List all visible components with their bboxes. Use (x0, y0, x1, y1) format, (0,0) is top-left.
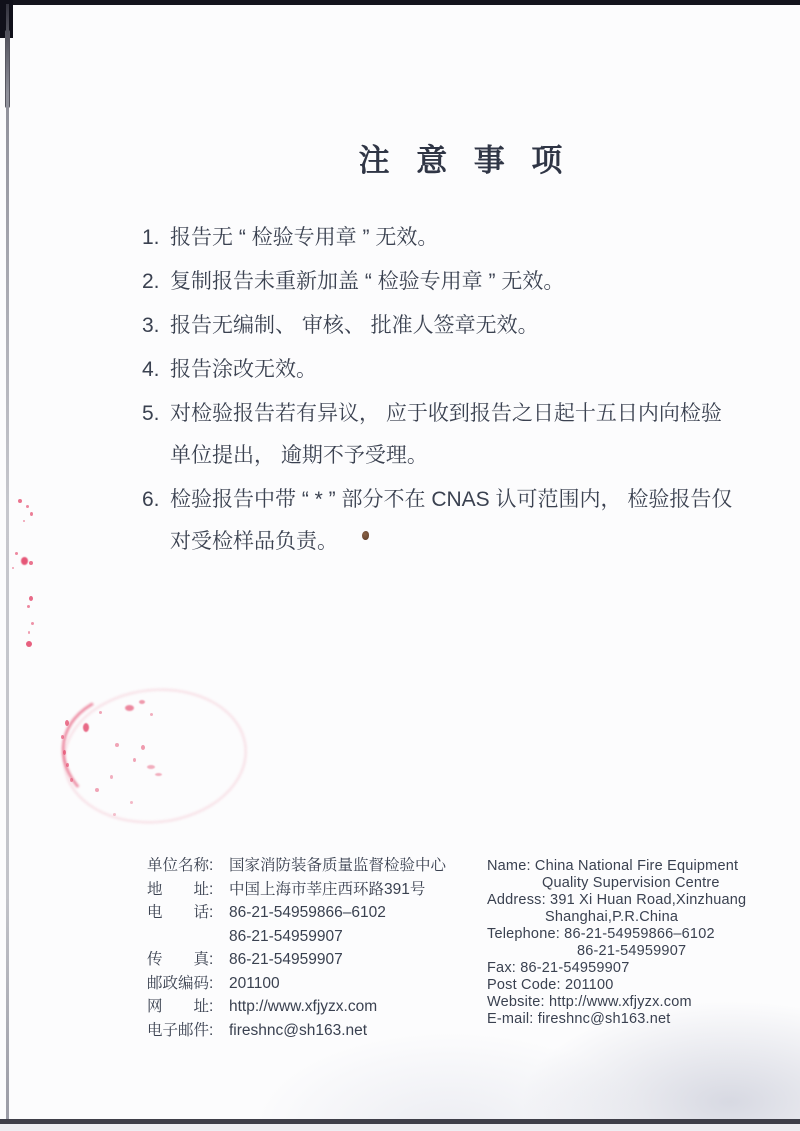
note-item: 3. 报告无编制、 审核、 批准人签章无效。 (142, 305, 762, 347)
note-number: 5. (142, 393, 160, 435)
contact-line-en: Telephone: 86-21-54959866–6102 (487, 926, 797, 943)
note-item: 1. 报告无 “ 检验专用章 ” 无效。 (142, 217, 762, 259)
contact-line-en: Post Code: 201100 (487, 977, 797, 994)
stamp-speckle (110, 775, 113, 779)
contact-line-en: Address: 391 Xi Huan Road,Xinzhuang (487, 892, 797, 909)
stamp-speckle (141, 745, 145, 750)
stamp-speckle (18, 499, 22, 503)
contact-line-en: Website: http://www.xfjyzx.com (487, 994, 797, 1011)
note-text: 报告无编制、 审核、 批准人签章无效。 (170, 314, 539, 337)
contact-row: 86-21-54959907 (147, 925, 477, 949)
stamp-speckle (65, 720, 69, 726)
note-text: 对检验报告若有异议， 应于收到报告之日起十五日内向检验 (170, 402, 722, 425)
stamp-arc (51, 676, 253, 838)
contact-label: 地 址: (147, 878, 229, 902)
stamp-speckle (26, 505, 29, 508)
contact-line-en: Fax: 86-21-54959907 (487, 960, 797, 977)
stamp-speckle (63, 750, 66, 755)
contact-row: 电 话: 86-21-54959866–6102 (147, 901, 477, 925)
contact-value: 86-21-54959907 (229, 948, 343, 972)
contact-row: 网 址: http://www.xfjyzx.com (147, 995, 477, 1019)
contact-line-en: 86-21-54959907 (487, 943, 797, 960)
page-title: 注 意 事 项 (65, 135, 800, 180)
contact-label: 电子邮件: (147, 1019, 229, 1043)
contact-info-english: Name: China National Fire Equipment Qual… (487, 858, 797, 1028)
scan-edge-left (6, 4, 9, 1120)
contact-line-en: Name: China National Fire Equipment (487, 858, 797, 875)
stamp-speckle (115, 743, 119, 747)
stamp-speckle (139, 700, 145, 704)
contact-info-chinese: 单位名称: 国家消防装备质量监督检验中心 地 址: 中国上海市莘庄西环路391号… (147, 854, 477, 1042)
stamp-speckle (27, 605, 30, 608)
contact-label: 电 话: (147, 901, 229, 925)
scan-edge-top (0, 0, 800, 5)
document-sheet: 注 意 事 项 1. 报告无 “ 检验专用章 ” 无效。 2. 复制报告未重新加… (0, 0, 800, 1131)
contact-label: 邮政编码: (147, 972, 229, 996)
stamp-speckle (28, 631, 30, 634)
stamp-speckle (15, 552, 18, 555)
note-number: 2. (142, 261, 160, 303)
ink-spot (362, 531, 369, 540)
contact-label: 传 真: (147, 948, 229, 972)
notes-list: 1. 报告无 “ 检验专用章 ” 无效。 2. 复制报告未重新加盖 “ 检验专用… (142, 217, 762, 565)
stamp-speckle (125, 705, 134, 711)
stamp-speckle (61, 735, 64, 739)
stamp-speckle (133, 758, 136, 762)
note-text-continued: 单位提出， 逾期不予受理。 (170, 435, 762, 477)
note-text-continued: 对受检样品负责。 (170, 521, 762, 563)
contact-line-en: Quality Supervision Centre (487, 875, 797, 892)
stamp-speckle (31, 622, 34, 625)
stamp-speckle (95, 788, 99, 792)
note-number: 6. (142, 479, 160, 521)
note-number: 1. (142, 217, 160, 259)
scan-shadow-bottom-center (250, 1030, 650, 1130)
stamp-speckle (29, 561, 33, 565)
contact-row: 地 址: 中国上海市莘庄西环路391号 (147, 878, 477, 902)
contact-row: 电子邮件: fireshnc@sh163.net (147, 1019, 477, 1043)
stamp-speckle (130, 801, 133, 804)
note-item: 4. 报告涂改无效。 (142, 349, 762, 391)
contact-value: http://www.xfjyzx.com (229, 995, 377, 1019)
contact-value: 201100 (229, 972, 280, 996)
red-stamp-mark (55, 683, 265, 833)
stamp-speckle (155, 773, 162, 776)
note-number: 3. (142, 305, 160, 347)
note-text: 报告涂改无效。 (170, 358, 317, 381)
contact-value: 中国上海市莘庄西环路391号 (229, 878, 425, 902)
contact-row: 邮政编码: 201100 (147, 972, 477, 996)
contact-value: 国家消防装备质量监督检验中心 (229, 854, 446, 878)
note-text: 复制报告未重新加盖 “ 检验专用章 ” 无效。 (170, 270, 564, 293)
stamp-speckle (21, 557, 28, 565)
stamp-speckle (83, 723, 89, 732)
contact-label: 单位名称: (147, 854, 229, 878)
stamp-speckle (113, 813, 116, 816)
note-text: 检验报告中带 “ * ” 部分不在 CNAS 认可范围内， 检验报告仅 (170, 488, 732, 511)
note-item: 6. 检验报告中带 “ * ” 部分不在 CNAS 认可范围内， 检验报告仅 对… (142, 479, 762, 563)
contact-line-en: E-mail: fireshnc@sh163.net (487, 1011, 797, 1028)
contact-row: 传 真: 86-21-54959907 (147, 948, 477, 972)
stamp-ring (57, 680, 254, 832)
stamp-speckle (26, 641, 32, 647)
stamp-speckle (66, 763, 69, 767)
contact-line-en: Shanghai,P.R.China (487, 909, 797, 926)
stamp-speckle (70, 778, 73, 782)
contact-label: 网 址: (147, 995, 229, 1019)
stamp-speckle (150, 713, 153, 716)
stamp-speckle (99, 711, 102, 714)
stamp-speckle (23, 520, 25, 522)
scanner-background (0, 1124, 800, 1131)
contact-value: 86-21-54959907 (229, 925, 343, 949)
stamp-speckle (30, 512, 33, 516)
stamp-speckle (12, 567, 14, 569)
note-number: 4. (142, 349, 160, 391)
contact-row: 单位名称: 国家消防装备质量监督检验中心 (147, 854, 477, 878)
contact-value: fireshnc@sh163.net (229, 1019, 367, 1043)
contact-label (147, 925, 229, 949)
contact-value: 86-21-54959866–6102 (229, 901, 386, 925)
stamp-speckle (29, 596, 33, 601)
note-text: 报告无 “ 检验专用章 ” 无效。 (170, 226, 438, 249)
stamp-speckle (147, 765, 155, 769)
note-item: 2. 复制报告未重新加盖 “ 检验专用章 ” 无效。 (142, 261, 762, 303)
note-item: 5. 对检验报告若有异议， 应于收到报告之日起十五日内向检验 单位提出， 逾期不… (142, 393, 762, 477)
